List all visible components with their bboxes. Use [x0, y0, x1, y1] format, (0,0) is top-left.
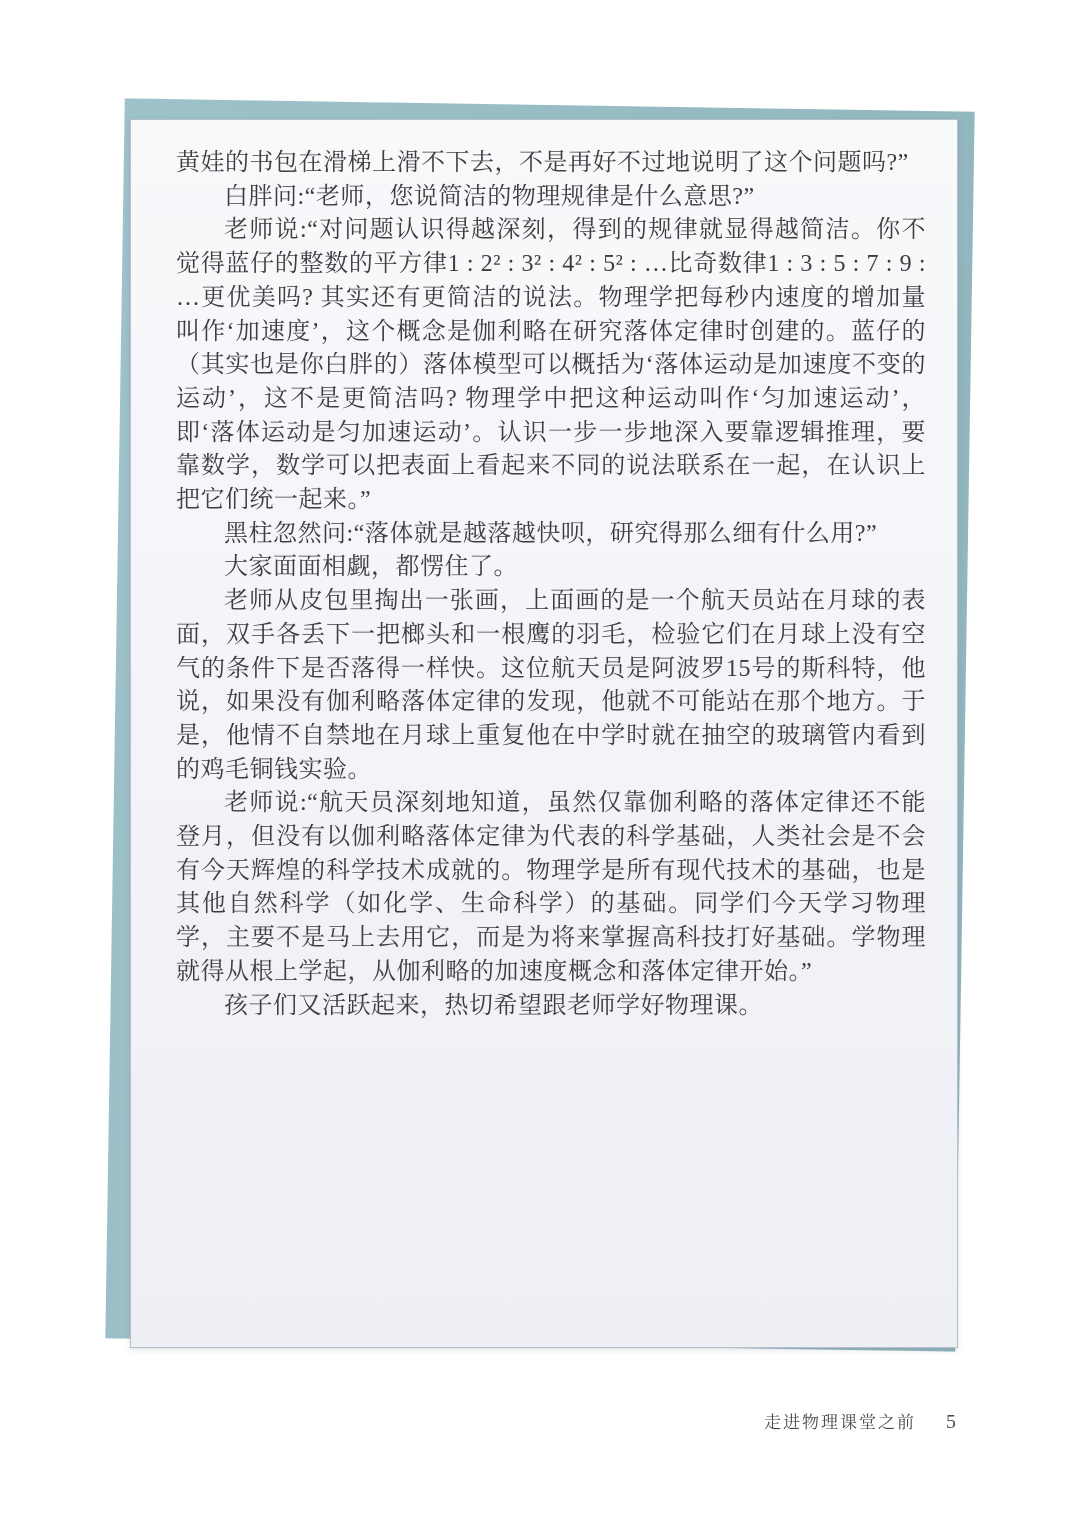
paragraph: 黑柱忽然问:“落体就是越落越快呗，研究得那么细有什么用?” [176, 518, 926, 552]
paragraph: 白胖问:“老师，您说简洁的物理规律是什么意思?” [176, 181, 926, 215]
page-sheet: 黄娃的书包在滑梯上滑不下去，不是再好不过地说明了这个问题吗?” 白胖问:“老师，… [130, 119, 958, 1348]
paragraph: 大家面面相觑，都愣住了。 [176, 551, 926, 585]
page-canvas: 黄娃的书包在滑梯上滑不下去，不是再好不过地说明了这个问题吗?” 白胖问:“老师，… [0, 0, 1080, 1515]
footer-page-number: 5 [946, 1411, 956, 1434]
paragraph: 老师从皮包里掏出一张画，上面画的是一个航天员站在月球的表面，双手各丢下一把榔头和… [176, 585, 926, 787]
paragraph: 孩子们又活跃起来，热切希望跟老师学好物理课。 [176, 990, 926, 1024]
paragraph: 老师说:“对问题认识得越深刻，得到的规律就显得越简洁。你不觉得蓝仔的整数的平方律… [176, 214, 926, 517]
footer-section-title: 走进物理课堂之前 [764, 1408, 916, 1433]
page-footer: 走进物理课堂之前 5 [764, 1408, 956, 1434]
paragraph: 老师说:“航天员深刻地知道，虽然仅靠伽利略的落体定律还不能登月，但没有以伽利略落… [176, 787, 926, 989]
paragraph: 黄娃的书包在滑梯上滑不下去，不是再好不过地说明了这个问题吗?” [176, 147, 926, 181]
body-text: 黄娃的书包在滑梯上滑不下去，不是再好不过地说明了这个问题吗?” 白胖问:“老师，… [176, 147, 926, 1023]
